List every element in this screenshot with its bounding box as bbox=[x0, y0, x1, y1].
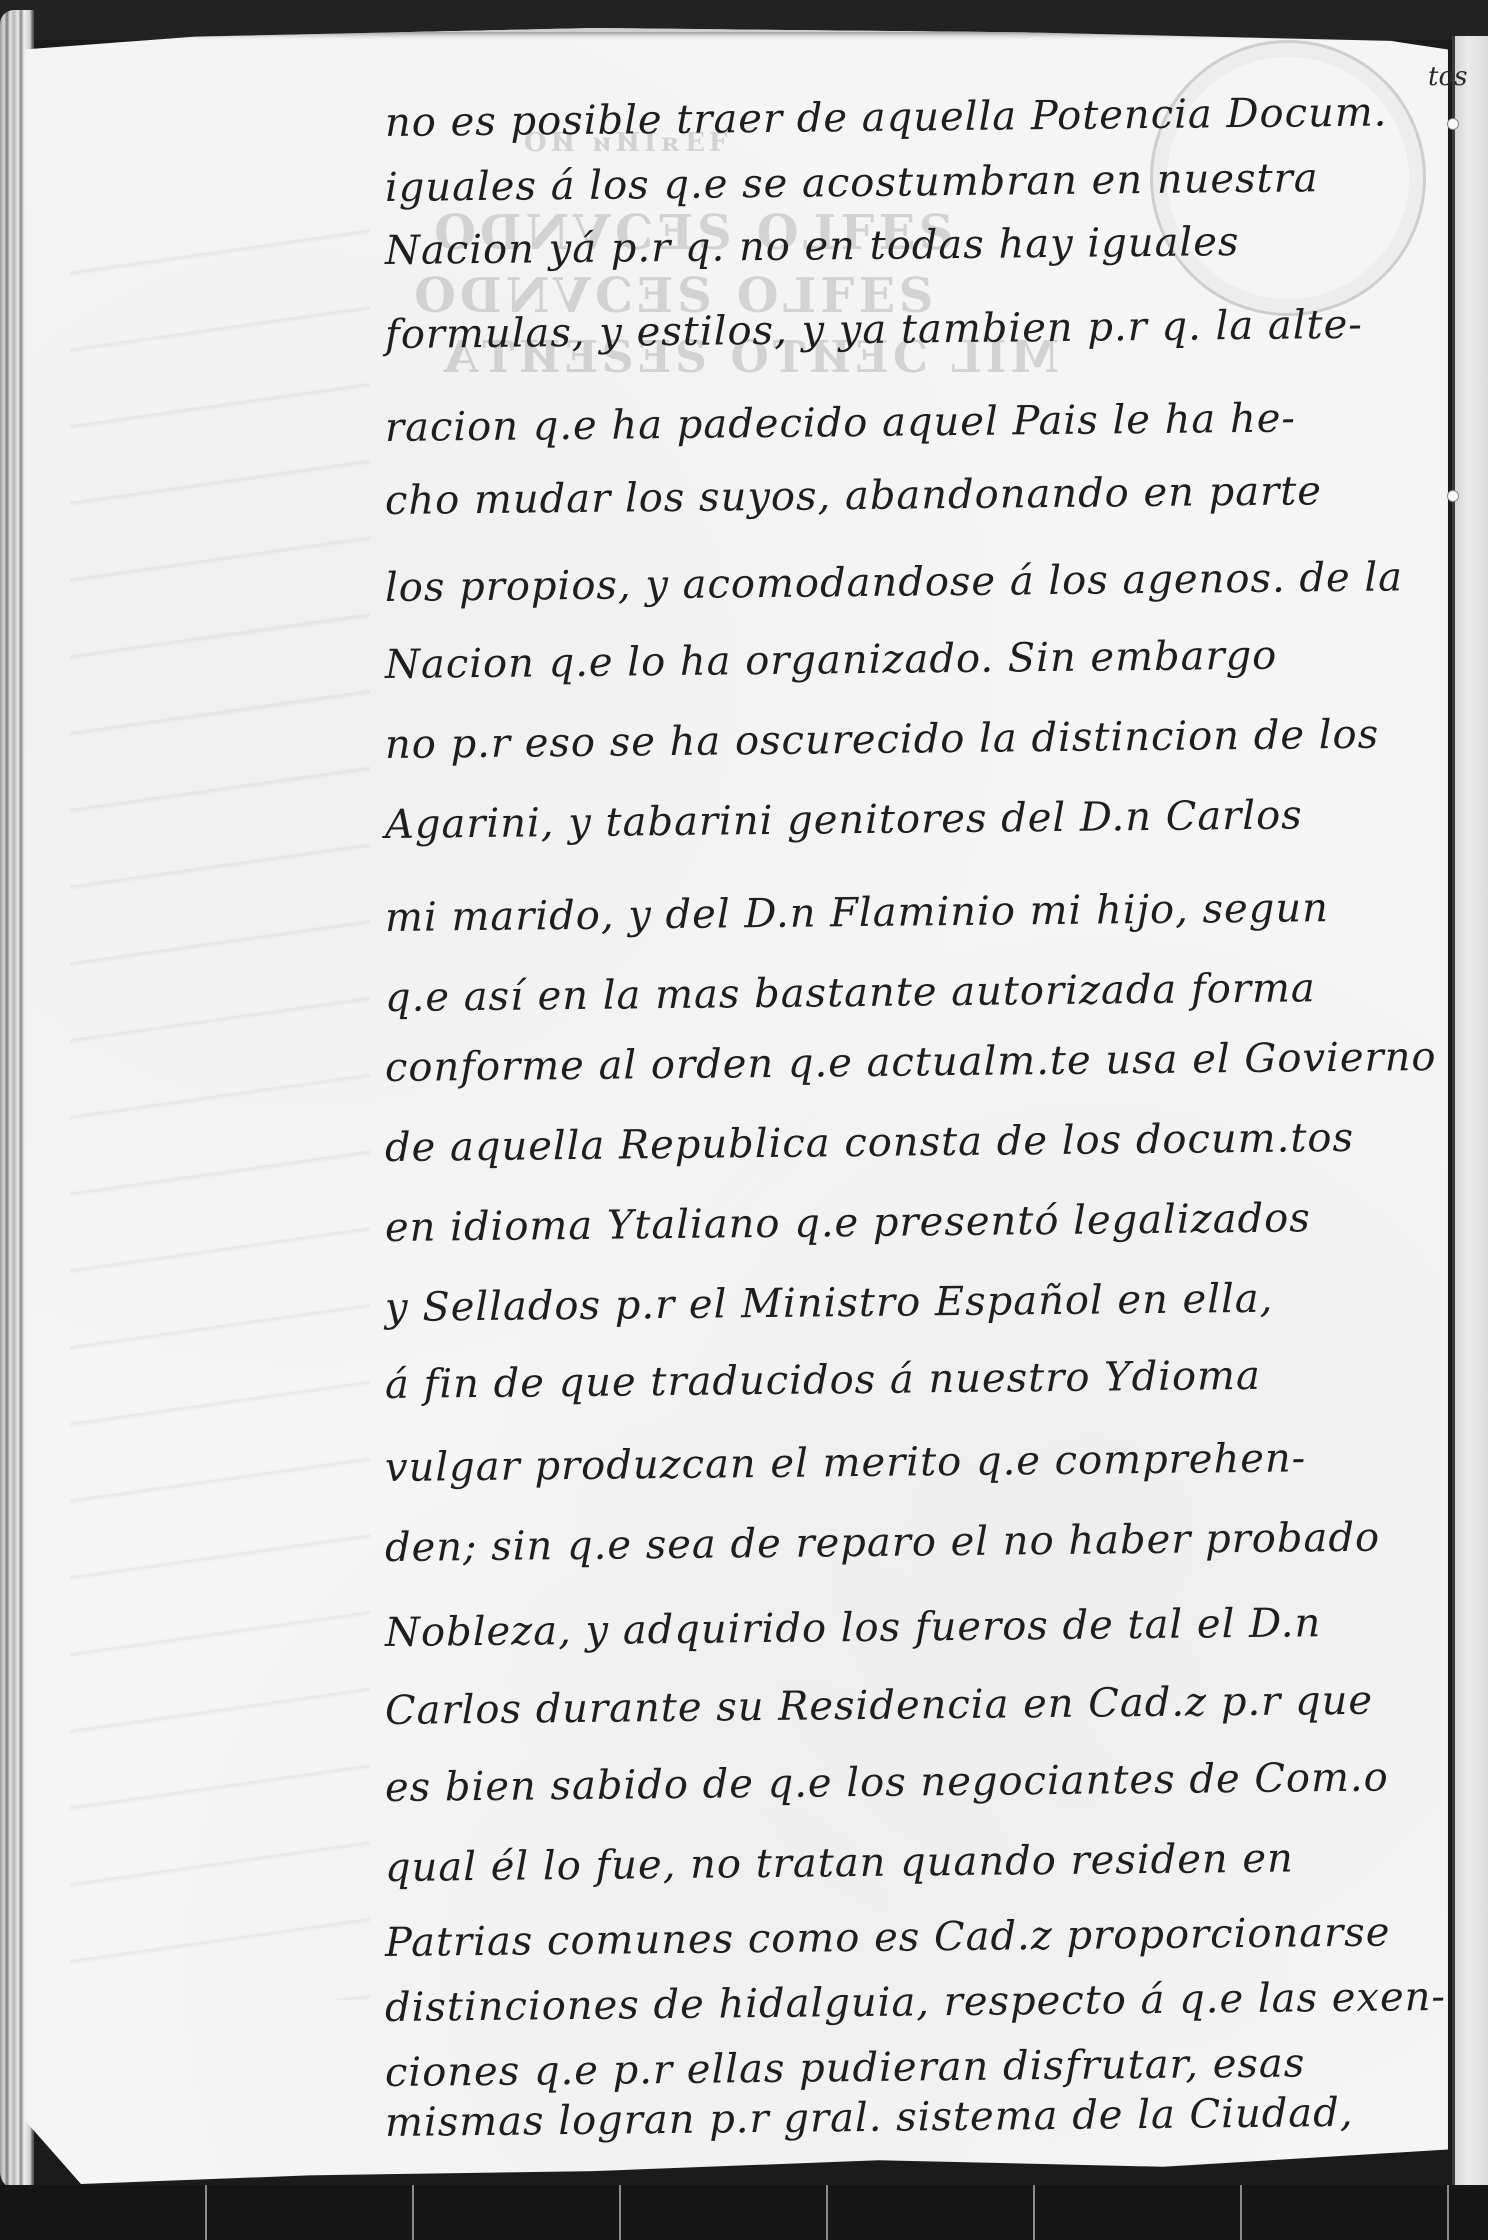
text-line: mi marido, y del D.n Flaminio mi hijo, s… bbox=[385, 884, 1435, 941]
text-line: y Sellados p.r el Ministro Español en el… bbox=[385, 1274, 1435, 1331]
text-line: conforme al orden q.e actualm.te usa el … bbox=[385, 1034, 1435, 1091]
text-line: den; sin q.e sea de reparo el no haber p… bbox=[385, 1514, 1435, 1571]
text-line: Nacion yá p.r q. no en todas hay iguales bbox=[385, 217, 1435, 274]
text-line: no es posible traer de aquella Potencia … bbox=[385, 89, 1435, 146]
text-line: á fin de que traducidos á nuestro Ydioma bbox=[385, 1351, 1435, 1408]
text-line: Agarini, y tabarini genitores del D.n Ca… bbox=[385, 791, 1435, 848]
text-line: Patrias comunes como es Cad.z proporcion… bbox=[385, 1909, 1435, 1966]
manuscript-scan: ꟻƎᴙIИᴎ ИO ƧƎꟻLO ƧEƆVNDO ƧƎꟻLO ƧEƆVNDO MI… bbox=[0, 0, 1488, 2240]
text-line: Carlos durante su Residencia en Cad.z p.… bbox=[385, 1677, 1435, 1734]
text-line: de aquella Republica consta de los docum… bbox=[385, 1114, 1435, 1171]
text-line: formulas, y estilos, y ya tambien p.r q.… bbox=[385, 301, 1435, 358]
text-line: Nacion q.e lo ha organizado. Sin embargo bbox=[385, 631, 1435, 688]
text-line: iguales á los q.e se acostumbran en nues… bbox=[385, 154, 1435, 211]
text-line: ciones q.e p.r ellas pudieran disfrutar,… bbox=[385, 2039, 1435, 2096]
text-line: los propios, y acomodandose á los agenos… bbox=[385, 554, 1435, 611]
text-line: en idioma Ytaliano q.e presentó legaliza… bbox=[385, 1194, 1435, 1251]
handwritten-text-block: no es posible traer de aquella Potencia … bbox=[0, 0, 1488, 2240]
text-line: no p.r eso se ha oscurecido la distincio… bbox=[385, 711, 1435, 768]
text-line: q.e así en la mas bastante autorizada fo… bbox=[385, 964, 1435, 1021]
text-line: mismas logran p.r gral. sistema de la Ci… bbox=[385, 2089, 1435, 2146]
text-line: Nobleza, y adquirido los fueros de tal e… bbox=[385, 1599, 1435, 1656]
text-line: racion q.e ha padecido aquel Pais le ha … bbox=[385, 394, 1435, 451]
text-line: cho mudar los suyos, abandonando en part… bbox=[385, 467, 1435, 524]
text-line: es bien sabido de q.e los negociantes de… bbox=[385, 1754, 1435, 1811]
text-line: distinciones de hidalguia, respecto á q.… bbox=[385, 1974, 1435, 2031]
text-line: vulgar produzcan el merito q.e comprehen… bbox=[385, 1434, 1435, 1491]
text-line: qual él lo fue, no tratan quando residen… bbox=[385, 1834, 1435, 1891]
